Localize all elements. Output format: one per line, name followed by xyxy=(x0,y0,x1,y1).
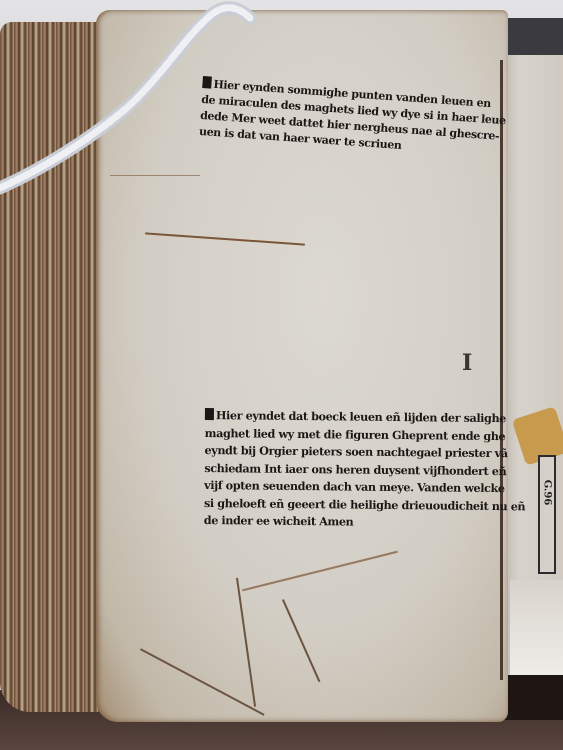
shelf-label: G.96 xyxy=(538,455,556,574)
paper-tear xyxy=(110,175,200,176)
colophon-text-block: Hier eyndet dat boeck leuen eñ lijden de… xyxy=(204,407,505,533)
paragraph-mark-icon xyxy=(202,76,212,89)
paragraph-mark-icon xyxy=(205,408,214,420)
text-line: de inder ee wicheit Amen xyxy=(204,512,504,533)
frayed-paper-fragment xyxy=(510,580,563,675)
text-line-content: Hier eyndet dat boeck leuen eñ lijden de… xyxy=(216,408,506,425)
book-gutter xyxy=(500,60,503,680)
shelf-label-text: G.96 xyxy=(541,480,552,506)
margin-mark: I xyxy=(462,350,472,376)
page-edges-text-block xyxy=(0,22,100,712)
